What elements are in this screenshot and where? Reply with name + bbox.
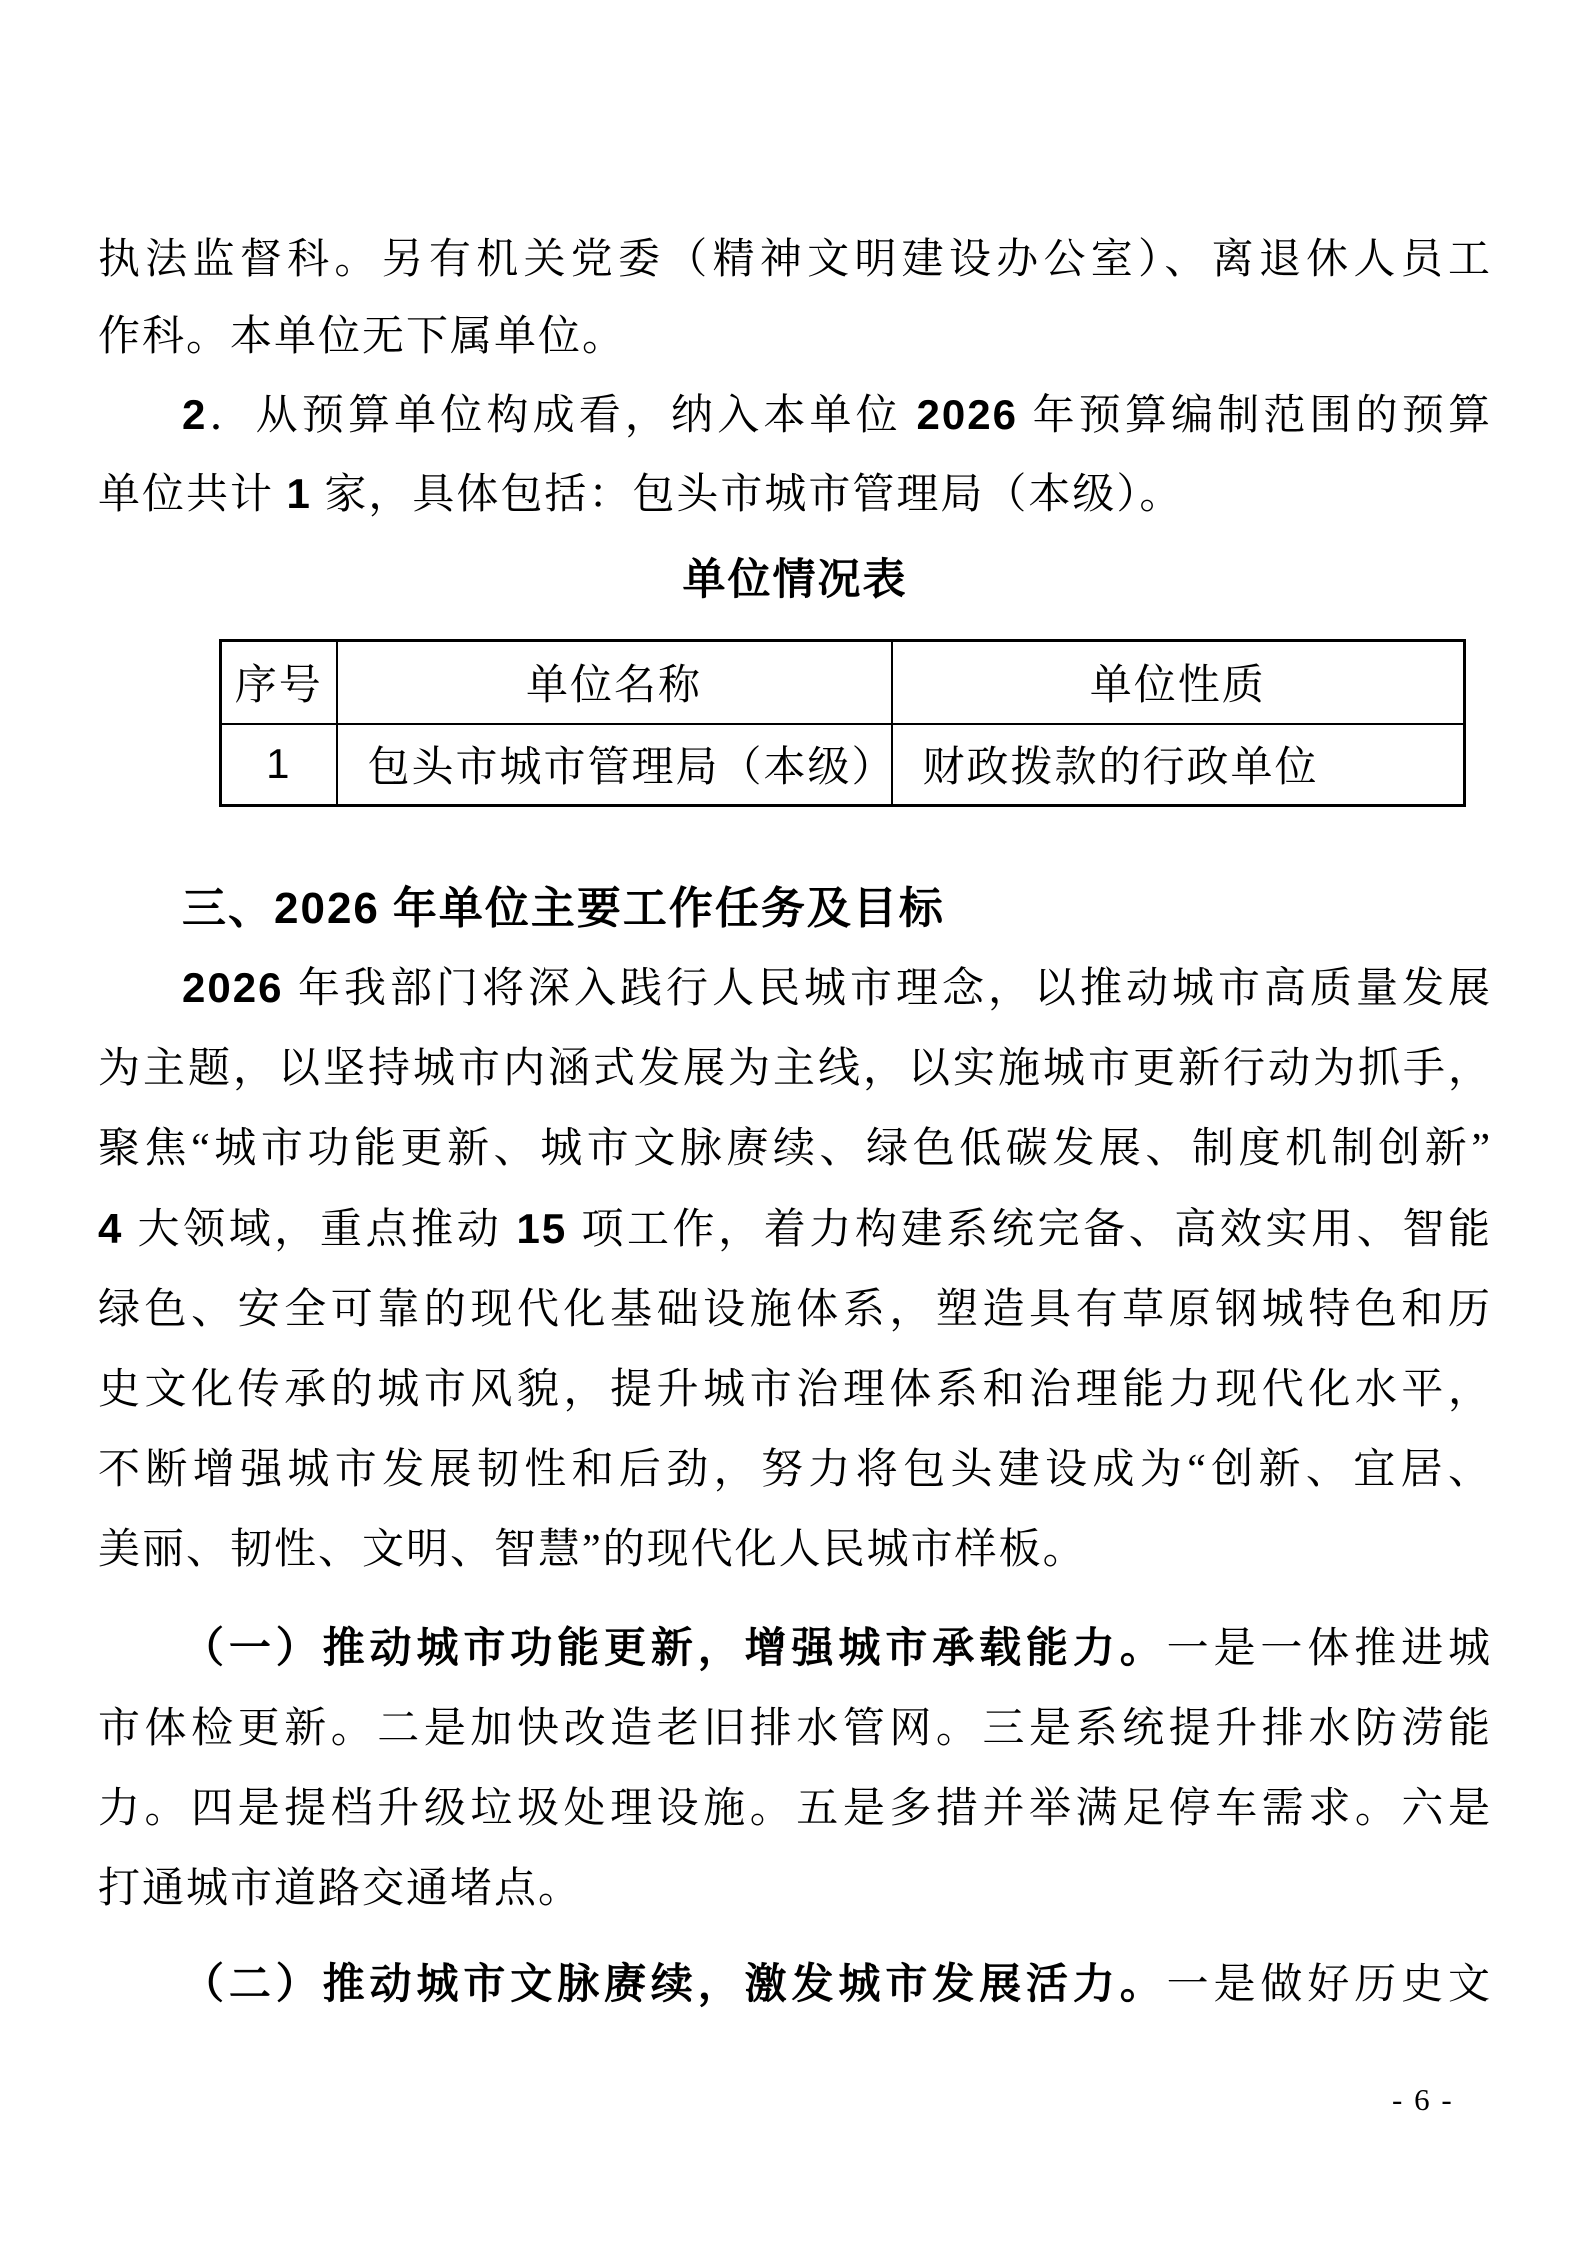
overview-text-4d: 项工作，着力构建系统完备、高效实用、智能 (567, 1207, 1492, 1253)
task1-line-1: （一）推动城市功能更新，增强城市承载能力。一是一体推进城 (98, 1609, 1492, 1689)
overview-line-6: 史文化传承的城市风貌，提升城市治理体系和治理能力现代化水平， (98, 1350, 1492, 1430)
cell-index: 1 (221, 724, 337, 806)
task-count: 15 (517, 1205, 568, 1252)
budget-units-text-1: ．从预算单位构成看，纳入本单位 (207, 393, 916, 439)
budget-units-text-4: 家，具体包括：包头市城市管理局（本级）。 (312, 472, 1184, 518)
page-number: - 6 - (1392, 2082, 1454, 2118)
overview-line-1: 2026 年我部门将深入践行人民城市理念，以推动城市高质量发展 (98, 948, 1492, 1029)
task2-text-1: 一是做好历史文 (1167, 1962, 1492, 2008)
header-cell-name: 单位名称 (337, 641, 892, 724)
intro-line-2: 作科。本单位无下属单位。 (98, 299, 1492, 376)
overview-paragraph: 2026 年我部门将深入践行人民城市理念，以推动城市高质量发展 为主题，以坚持城… (98, 948, 1492, 1590)
intro-line-1: 执法监督科。另有机关党委（精神文明建设办公室）、离退休人员工 (98, 222, 1492, 299)
domain-count: 4 (98, 1205, 123, 1252)
task2-paragraph: （二）推动城市文脉赓续，激发城市发展活力。一是做好历史文 (98, 1945, 1492, 2025)
document-body: 执法监督科。另有机关党委（精神文明建设办公室）、离退休人员工 作科。本单位无下属… (98, 222, 1492, 2025)
budget-units-line-1: 2．从预算单位构成看，纳入本单位 2026 年预算编制范围的预算 (98, 376, 1492, 455)
heading-prefix: 三、 (182, 884, 274, 933)
overview-year: 2026 (182, 964, 283, 1011)
budget-year: 2026 (917, 391, 1018, 438)
section-three-heading: 三、2026 年单位主要工作任务及目标 (98, 870, 1492, 948)
overview-text-1: 年我部门将深入践行人民城市理念，以推动城市高质量发展 (283, 966, 1492, 1012)
document-page: 执法监督科。另有机关党委（精神文明建设办公室）、离退休人员工 作科。本单位无下属… (0, 0, 1588, 2245)
table-row: 1 包头市城市管理局（本级） 财政拨款的行政单位 (221, 724, 1465, 806)
cell-unit-nature: 财政拨款的行政单位 (892, 724, 1465, 806)
table-header-row: 序号 单位名称 单位性质 (221, 641, 1465, 724)
header-cell-index: 序号 (221, 641, 337, 724)
intro-paragraph: 执法监督科。另有机关党委（精神文明建设办公室）、离退休人员工 作科。本单位无下属… (98, 222, 1492, 376)
cell-unit-name: 包头市城市管理局（本级） (337, 724, 892, 806)
overview-line-5: 绿色、安全可靠的现代化基础设施体系，塑造具有草原钢城特色和历 (98, 1270, 1492, 1350)
item-number: 2 (182, 391, 207, 438)
overview-line-2: 为主题，以坚持城市内涵式发展为主线，以实施城市更新行动为抓手， (98, 1029, 1492, 1109)
heading-year: 2026 (274, 884, 380, 933)
task2-line-1: （二）推动城市文脉赓续，激发城市发展活力。一是做好历史文 (98, 1945, 1492, 2025)
budget-units-line-2: 单位共计 1 家，具体包括：包头市城市管理局（本级）。 (98, 455, 1492, 534)
overview-line-7: 不断增强城市发展韧性和后劲，努力将包头建设成为“创新、宜居、 (98, 1430, 1492, 1510)
section-three: 三、2026 年单位主要工作任务及目标 2026 年我部门将深入践行人民城市理念… (98, 870, 1492, 2025)
row-index: 1 (266, 740, 291, 787)
unit-table-title: 单位情况表 (98, 542, 1492, 620)
budget-units-text-3: 单位共计 (98, 472, 287, 518)
task1-line-2: 市体检更新。二是加快改造老旧排水管网。三是系统提升排水防涝能 (98, 1689, 1492, 1769)
overview-text-4b: 大领域，重点推动 (123, 1207, 516, 1253)
task1-line-4: 打通城市道路交通堵点。 (98, 1849, 1492, 1929)
task1-paragraph: （一）推动城市功能更新，增强城市承载能力。一是一体推进城 市体检更新。二是加快改… (98, 1609, 1492, 1929)
task1-line-3: 力。四是提档升级垃圾处理设施。五是多措并举满足停车需求。六是 (98, 1769, 1492, 1849)
header-cell-nature: 单位性质 (892, 641, 1465, 724)
overview-line-3: 聚焦“城市功能更新、城市文脉赓续、绿色低碳发展、制度机制创新” (98, 1109, 1492, 1189)
task1-text-1: 一是一体推进城 (1167, 1626, 1492, 1672)
overview-line-8: 美丽、韧性、文明、智慧”的现代化人民城市样板。 (98, 1510, 1492, 1590)
overview-line-4: 4 大领域，重点推动 15 项工作，着力构建系统完备、高效实用、智能 (98, 1189, 1492, 1270)
task1-lead: （一）推动城市功能更新，增强城市承载能力。 (182, 1626, 1167, 1672)
unit-count: 1 (287, 470, 312, 517)
budget-units-paragraph: 2．从预算单位构成看，纳入本单位 2026 年预算编制范围的预算 单位共计 1 … (98, 376, 1492, 534)
unit-table: 序号 单位名称 单位性质 1 包头市城市管理局（本级） 财政拨款的行政单位 (219, 639, 1466, 807)
task2-lead: （二）推动城市文脉赓续，激发城市发展活力。 (182, 1962, 1167, 2008)
budget-units-text-2: 年预算编制范围的预算 (1018, 393, 1492, 439)
heading-suffix: 年单位主要工作任务及目标 (380, 884, 945, 933)
